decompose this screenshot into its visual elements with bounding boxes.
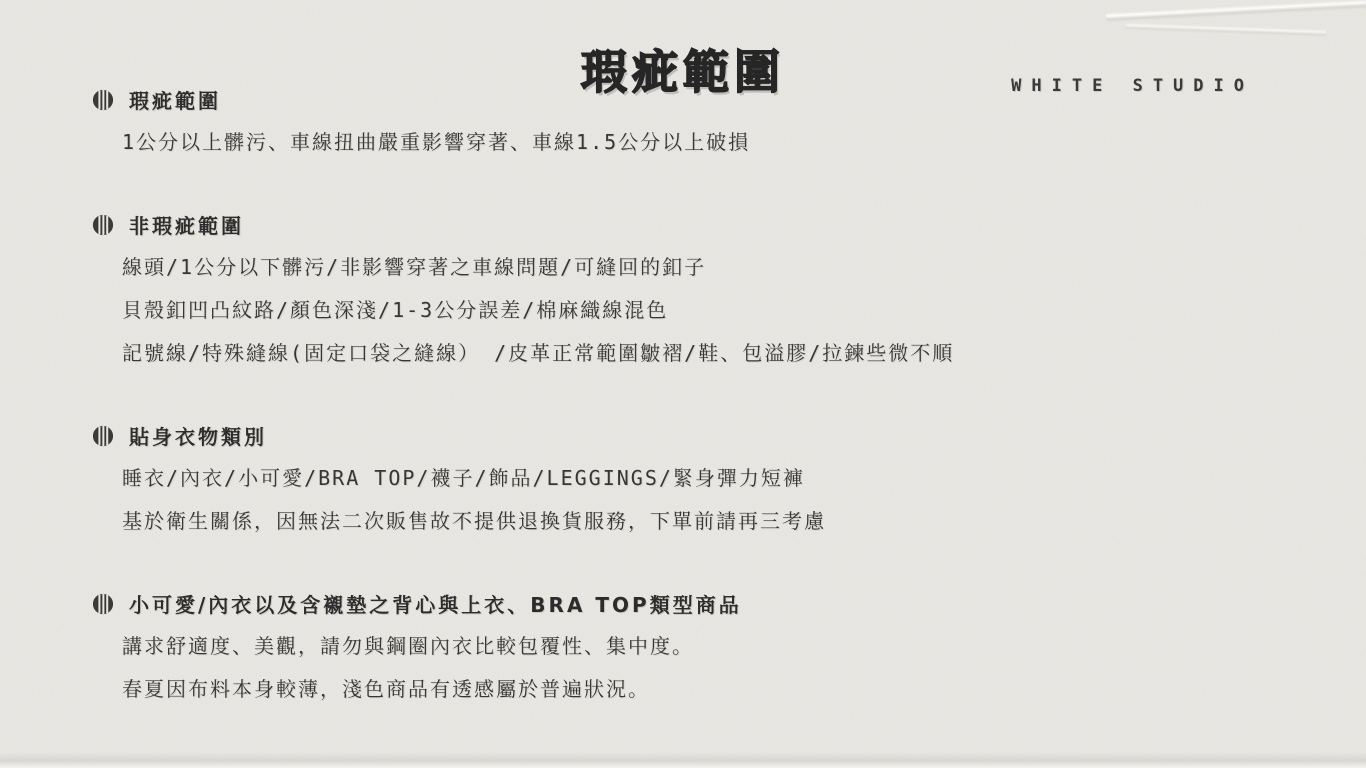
section-title: 非瑕疵範圍 bbox=[129, 210, 244, 239]
section-line: 記號線/特殊縫線(固定口袋之縫線） /皮革正常範圍皺褶/鞋、包溢膠/拉鍊些微不順 bbox=[92, 332, 1292, 375]
paper-crease bbox=[1106, 0, 1366, 23]
section-title: 貼身衣物類別 bbox=[129, 421, 267, 450]
section-title: 瑕疵範圍 bbox=[129, 85, 221, 114]
section-heading-row: 瑕疵範圍 bbox=[92, 78, 1292, 121]
section-defect-scope: 瑕疵範圍 1公分以上髒污、車線扭曲嚴重影響穿著、車線1.5公分以上破損 bbox=[92, 78, 1292, 164]
section-line: 春夏因布料本身較薄，淺色商品有透感屬於普遍狀況。 bbox=[92, 668, 1292, 711]
section-line: 貝殼釦凹凸紋路/顏色深淺/1-3公分誤差/棉麻織線混色 bbox=[92, 289, 1292, 332]
content-area: 瑕疵範圍 1公分以上髒污、車線扭曲嚴重影響穿著、車線1.5公分以上破損 非瑕疵範… bbox=[92, 78, 1292, 750]
section-heading-row: 小可愛/內衣以及含襯墊之背心與上衣、BRA TOP類型商品 bbox=[92, 582, 1292, 625]
striped-circle-icon bbox=[92, 593, 114, 615]
section-line: 1公分以上髒污、車線扭曲嚴重影響穿著、車線1.5公分以上破損 bbox=[92, 121, 1292, 164]
striped-circle-icon bbox=[92, 89, 114, 111]
section-line: 睡衣/內衣/小可愛/BRA TOP/襪子/飾品/LEGGINGS/緊身彈力短褲 bbox=[92, 457, 1292, 500]
section-padded-tops: 小可愛/內衣以及含襯墊之背心與上衣、BRA TOP類型商品 講求舒適度、美觀，請… bbox=[92, 582, 1292, 711]
section-line: 講求舒適度、美觀，請勿與鋼圈內衣比較包覆性、集中度。 bbox=[92, 625, 1292, 668]
striped-circle-icon bbox=[92, 425, 114, 447]
paper-edge-shadow bbox=[0, 752, 1366, 768]
section-heading-row: 非瑕疵範圍 bbox=[92, 203, 1292, 246]
section-line: 基於衛生關係，因無法二次販售故不提供退換貨服務，下單前請再三考慮 bbox=[92, 500, 1292, 543]
defect-policy-page: { "page": { "title": "瑕疵範圍", "brand": "W… bbox=[0, 0, 1366, 768]
section-heading-row: 貼身衣物類別 bbox=[92, 414, 1292, 457]
section-intimate-apparel: 貼身衣物類別 睡衣/內衣/小可愛/BRA TOP/襪子/飾品/LEGGINGS/… bbox=[92, 414, 1292, 543]
striped-circle-icon bbox=[92, 214, 114, 236]
section-title: 小可愛/內衣以及含襯墊之背心與上衣、BRA TOP類型商品 bbox=[129, 589, 742, 618]
section-line: 線頭/1公分以下髒污/非影響穿著之車線問題/可縫回的釦子 bbox=[92, 246, 1292, 289]
section-non-defect-scope: 非瑕疵範圍 線頭/1公分以下髒污/非影響穿著之車線問題/可縫回的釦子 貝殼釦凹凸… bbox=[92, 203, 1292, 375]
